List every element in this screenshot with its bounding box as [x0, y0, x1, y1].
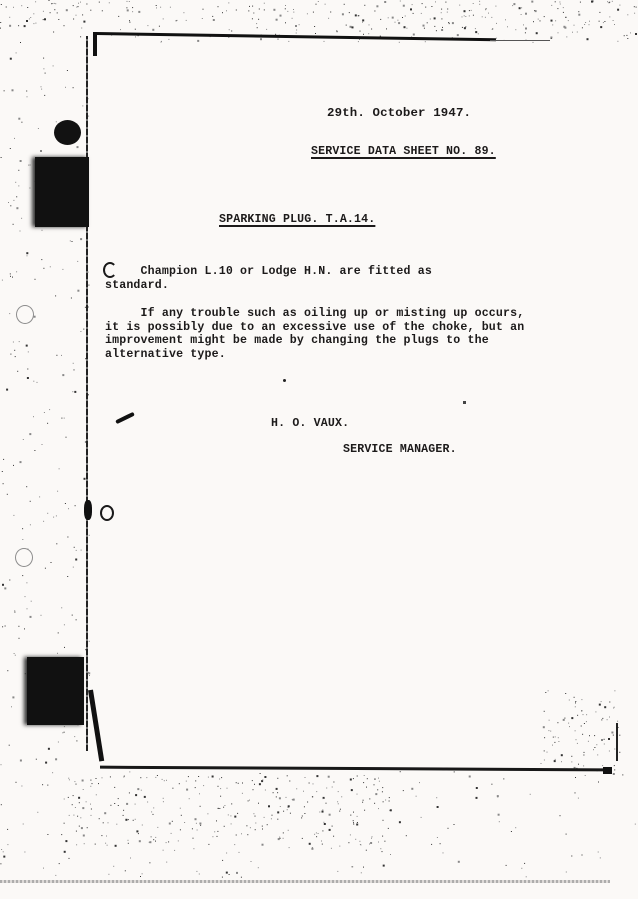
ink-dot [283, 379, 286, 382]
page-border-corner-wedge [88, 690, 104, 762]
ring-hole-icon [15, 548, 33, 567]
signatory-name: H. O. VAUX. [271, 417, 349, 431]
subject-heading: SPARKING PLUG. T.A.14. [219, 213, 375, 227]
ink-dot [463, 401, 466, 404]
page-border-top-faint [490, 40, 550, 41]
ink-blot [84, 500, 92, 520]
corner-block-mark [603, 767, 612, 774]
page-corner-mark [93, 32, 97, 56]
open-circle-mark-icon [100, 505, 114, 521]
scan-edge-line [0, 880, 610, 883]
ink-dash [115, 412, 135, 424]
right-edge-mark [616, 723, 618, 761]
paragraph-fitment: Champion L.10 or Lodge H.N. are fitted a… [105, 265, 432, 292]
document-date: 29th. October 1947. [327, 107, 471, 121]
page-border-top [96, 32, 496, 41]
binder-mark-bottom [27, 657, 84, 725]
scan-noise [0, 0, 638, 899]
page-border-left [86, 36, 88, 751]
page-border-bottom [100, 766, 605, 772]
binder-mark-top [35, 157, 89, 227]
sheet-title: SERVICE DATA SHEET NO. 89. [311, 145, 496, 159]
signatory-title: SERVICE MANAGER. [343, 443, 457, 457]
paragraph-trouble: If any trouble such as oiling up or mist… [105, 307, 524, 361]
punch-hole-icon [54, 120, 81, 145]
ring-hole-icon [16, 305, 34, 324]
